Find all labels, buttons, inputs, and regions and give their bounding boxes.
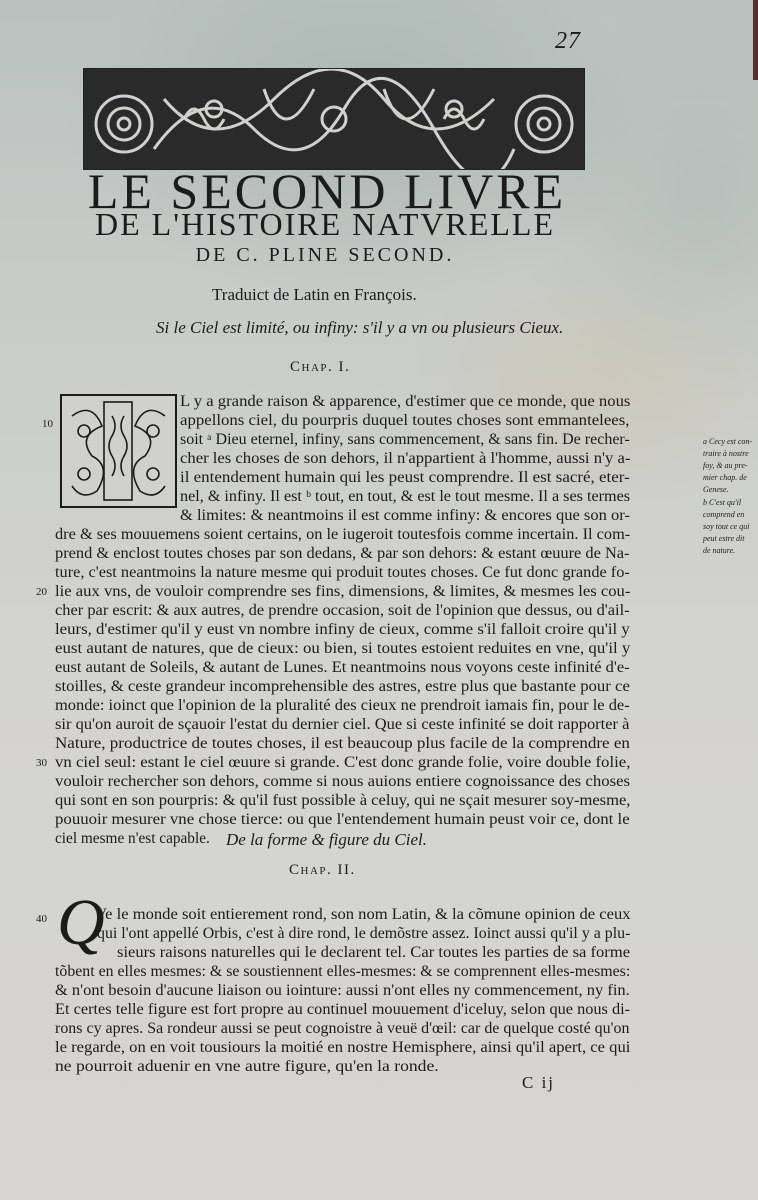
text-line: eust autant de Soleils, & autant de Lune… — [55, 658, 630, 677]
text-line: ne pourroit aduenir en vne autre figure,… — [55, 1057, 439, 1076]
chapter-2-label: Chap. II. — [289, 862, 356, 879]
text-line: qui sont en son pourpris: & qu'il fust p… — [55, 791, 630, 810]
margin-note: peut estre dit — [703, 533, 744, 545]
margin-note: mier chap. de — [703, 472, 747, 484]
text-line: vn ciel seul: estant le ciel œuure si gr… — [55, 753, 630, 772]
text-line: stoilles, & ceste grandeur incomprehensi… — [55, 677, 630, 696]
text-line: L y a grande raison & apparence, d'estim… — [180, 392, 630, 411]
text-line: cher par escrit: & aux autres, de prendr… — [55, 601, 630, 620]
text-line: il entendement humain qui les peust comp… — [180, 468, 630, 487]
text-line: lie aux vns, de vouloir comprendre ses f… — [55, 582, 630, 601]
line-number: 30 — [36, 757, 47, 769]
text-line: Ve le monde soit entierement rond, son n… — [95, 905, 631, 924]
margin-note: soy tout ce qui — [703, 521, 749, 533]
text-line: nel, & infiny. Il est ᵇ tout, en tout, &… — [180, 487, 630, 506]
margin-note: traire à nostre — [703, 448, 749, 460]
text-line: prend & enclost toutes choses par son de… — [55, 544, 630, 563]
line-number: 40 — [36, 913, 47, 925]
margin-note: b C'est qu'il — [703, 497, 741, 509]
text-line: ciel mesme n'est capable. — [55, 829, 210, 848]
text-line: cher les choses de son dehors, il n'appa… — [180, 449, 630, 468]
text-line: leurs, d'estimer qu'il y eust vn nombre … — [55, 620, 630, 639]
text-line: Nature, productrice de toutes choses, il… — [55, 734, 630, 753]
book-page: 27 LE SECOND LIVRE DE L'HISTOIRE NATVREL… — [0, 0, 758, 1200]
margin-note: foy, & au pre- — [703, 460, 748, 472]
text-line: Et certes telle figure est fort propre a… — [55, 1000, 630, 1019]
text-line: ture, c'est neantmoins la nature mesme q… — [55, 563, 630, 582]
chapter-2-heading: De la forme & figure du Ciel. — [226, 830, 427, 850]
text-line: sieurs raisons naturelles qui le declare… — [117, 943, 630, 962]
text-line: tõbent en elles mesmes: & se soustiennen… — [55, 962, 630, 981]
translation-note: Traduict de Latin en François. — [212, 285, 417, 305]
margin-note: de nature. — [703, 545, 735, 557]
signature-mark: C ij — [522, 1073, 555, 1093]
text-line: soit ᵃ Dieu eternel, infiny, sans commen… — [180, 430, 630, 449]
margin-note: a Cecy est con- — [703, 436, 752, 448]
text-line: appellons ciel, du pourpris duquel toute… — [180, 411, 629, 430]
ornamental-headpiece-icon — [83, 68, 585, 170]
text-line: dre & ses mouuemens soient certains, on … — [55, 525, 630, 544]
line-number: 20 — [36, 586, 47, 598]
title-line-2: DE L'HISTOIRE NATVRELLE — [80, 206, 570, 242]
margin-note: comprend en — [703, 509, 744, 521]
text-line: & n'ont besoin d'aucune liaison ou ioint… — [55, 981, 630, 1000]
page-edge — [753, 0, 758, 80]
line-number: 10 — [42, 418, 53, 430]
decorated-initial-i-icon — [60, 394, 177, 508]
text-line: vouloir rechercher son dehors, comme si … — [55, 772, 630, 791]
page-number: 27 — [555, 28, 581, 55]
text-line: rons cy apres. Sa rondeur aussi se peut … — [55, 1019, 629, 1038]
text-line: eust autant de natures, que de cieux: ou… — [55, 639, 630, 658]
chapter-1-label: Chap. I. — [290, 359, 350, 376]
text-line: qui l'ont appellé Orbis, c'est à dire ro… — [97, 924, 630, 943]
title-line-3: DE C. PLINE SECOND. — [170, 243, 480, 267]
text-line: le regarde, on en voit tousiours la moit… — [55, 1038, 630, 1057]
chapter-1-heading: Si le Ciel est limité, ou infiny: s'il y… — [156, 318, 563, 338]
margin-note: Genese. — [703, 484, 729, 496]
text-line: pouuoir mesurer vne chose tierce: ou que… — [55, 810, 630, 829]
text-line: & limites: & neantmoins il est comme inf… — [180, 506, 630, 525]
text-line: monde: ioinct que l'opinion de la plural… — [55, 696, 630, 715]
text-line: sir qu'on auroit de sçauoir l'estat du d… — [55, 715, 629, 734]
